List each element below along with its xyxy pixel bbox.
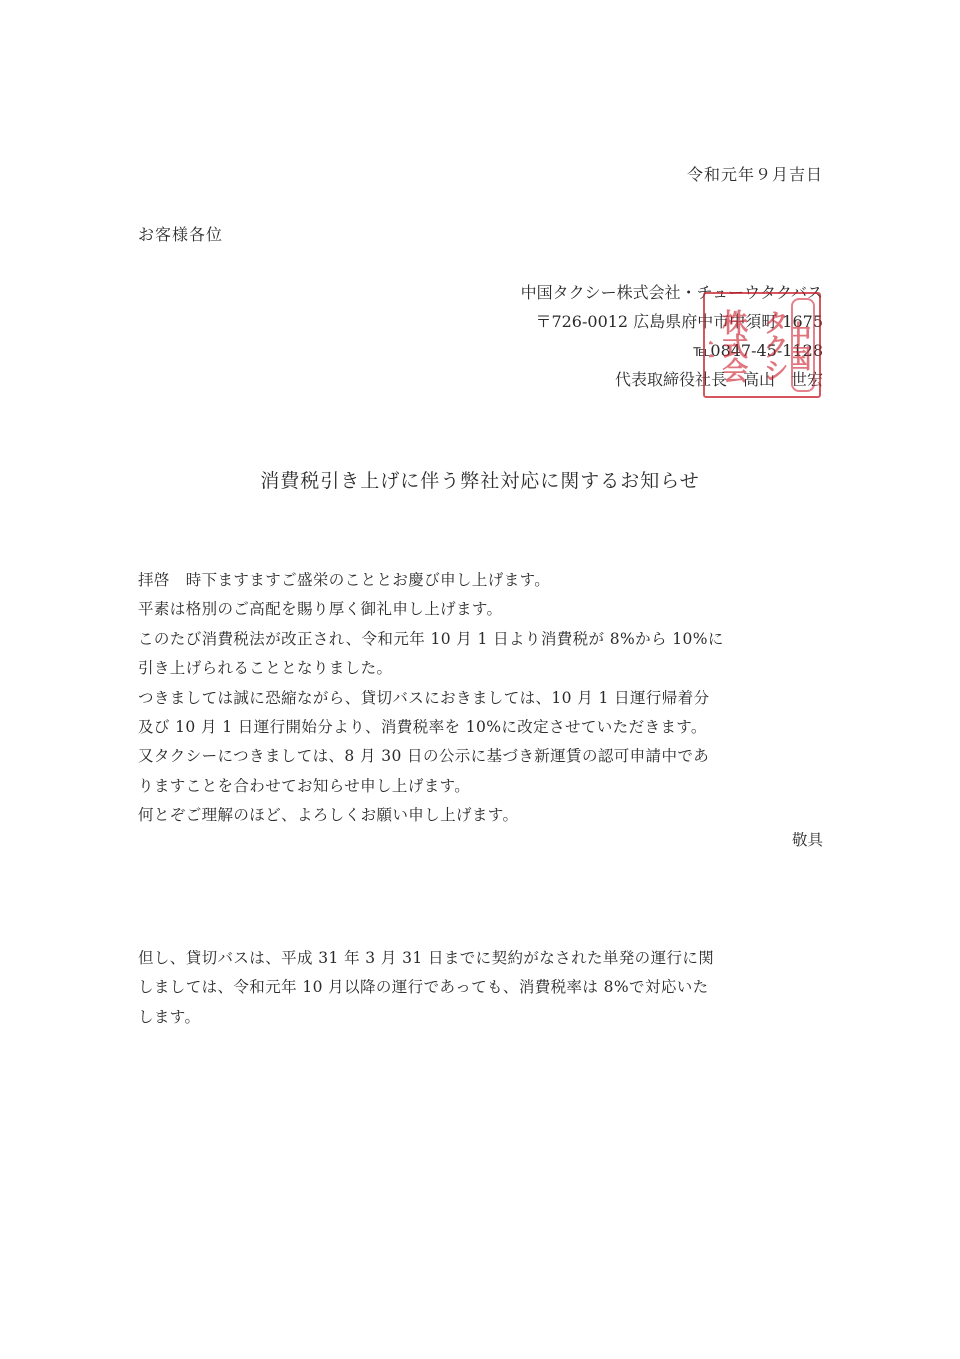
note-line: 但し、貸切バスは、平成 31 年 3 月 31 日までに契約がなされた単発の運行… <box>138 944 828 973</box>
body-line: 又タクシーにつきましては、8 月 30 日の公示に基づき新運賃の認可申請中であ <box>138 742 824 771</box>
document-title: 消費税引き上げに伴う弊社対応に関するお知らせ <box>0 466 960 493</box>
proviso-note: 但し、貸切バスは、平成 31 年 3 月 31 日までに契約がなされた単発の運行… <box>138 944 828 1032</box>
body-line: りますことを合わせてお知らせ申し上げます。 <box>138 772 824 801</box>
body-line: 引き上げられることとなりました。 <box>138 654 824 683</box>
sender-representative: 代表取締役社長 高山 世宏 <box>521 365 823 394</box>
body-line: 何とぞご理解のほど、よろしくお願い申し上げます。 <box>138 801 824 830</box>
sender-tel: ℡0847-45-1128 <box>521 336 823 365</box>
sender-company: 中国タクシー株式会社・チューウタクバス <box>521 278 823 307</box>
sender-block: 中国タクシー株式会社・チューウタクバス 〒726-0012 広島県府中市中須町 … <box>521 278 823 394</box>
body-line: つきましては誠に恐縮ながら、貸切バスにおきましては、10 月 1 日運行帰着分 <box>138 684 824 713</box>
letter-date: 令和元年９月吉日 <box>687 162 823 185</box>
letter-body: 拝啓 時下ますますご盛栄のこととお慶び申し上げます。 平素は格別のご高配を賜り厚… <box>138 566 824 831</box>
note-line: しましては、令和元年 10 月以降の運行であっても、消費税率は 8%で対応いた <box>138 973 828 1002</box>
body-line: 及び 10 月 1 日運行開始分より、消費税率を 10%に改定させていただきます… <box>138 713 824 742</box>
sender-address: 〒726-0012 広島県府中市中須町 1675 <box>521 307 823 336</box>
body-line: 平素は格別のご高配を賜り厚く御礼申し上げます。 <box>138 595 824 624</box>
body-line: このたび消費税法が改正され、令和元年 10 月 1 日より消費税が 8%から 1… <box>138 625 824 654</box>
body-line: 拝啓 時下ますますご盛栄のこととお慶び申し上げます。 <box>138 566 824 595</box>
note-line: します。 <box>138 1003 828 1032</box>
addressee: お客様各位 <box>138 222 223 245</box>
closing-salutation: 敬具 <box>792 828 823 850</box>
